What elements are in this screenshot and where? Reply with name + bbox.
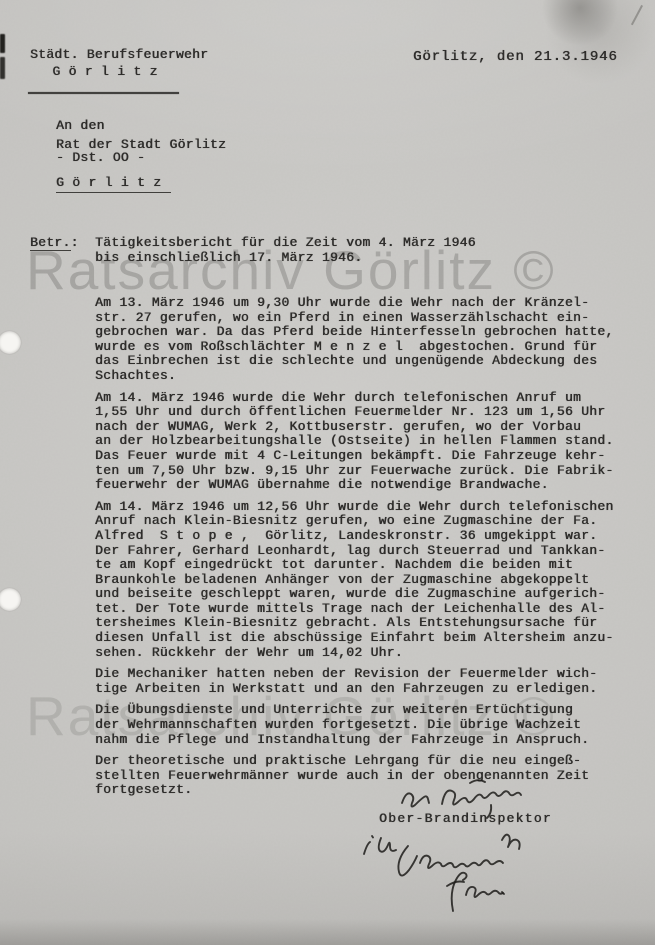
letterhead-city: G ö r l i t z bbox=[30, 65, 180, 80]
letterhead-organization: Städt. Berufsfeuerwehr bbox=[30, 48, 208, 63]
paragraph-training-service: Die Übungsdienste und Unterrichte zur we… bbox=[95, 703, 635, 747]
paragraph-incident-tractor-accident: Am 14. März 1946 um 12,56 Uhr wurde die … bbox=[95, 500, 635, 661]
paragraph-incident-horse: Am 13. März 1946 um 9,30 Uhr wurde die W… bbox=[95, 296, 635, 384]
recipient-city: G ö r l i t z bbox=[56, 176, 171, 193]
subject-label-text: Betr. bbox=[30, 235, 71, 251]
subject-text: Tätigkeitsbericht für die Zeit vom 4. Mä… bbox=[95, 236, 476, 266]
subject-label: Betr.: bbox=[30, 236, 79, 251]
recipient-department: - Dst. OO - bbox=[56, 151, 145, 166]
subject-colon: : bbox=[71, 235, 79, 250]
paragraph-mechanics: Die Mechaniker hatten neben der Revision… bbox=[95, 667, 635, 696]
edge-ink-mark bbox=[0, 57, 5, 79]
scanned-letter-page: Ratsarchiv Görlitz © Ratsarchiv Görlitz … bbox=[0, 0, 655, 945]
paragraph-incident-fire-wumag: Am 14. März 1946 wurde die Wehr durch te… bbox=[95, 391, 635, 493]
date-line: Görlitz, den 21.3.1946 bbox=[413, 49, 618, 65]
recipient-salutation: An den bbox=[56, 119, 105, 134]
handwritten-signature bbox=[350, 770, 570, 920]
letterhead-underline bbox=[28, 92, 179, 94]
recipient-city-text: G ö r l i t z bbox=[56, 176, 171, 193]
report-body: Am 13. März 1946 um 9,30 Uhr wurde die W… bbox=[95, 296, 635, 805]
edge-ink-mark bbox=[0, 34, 5, 53]
